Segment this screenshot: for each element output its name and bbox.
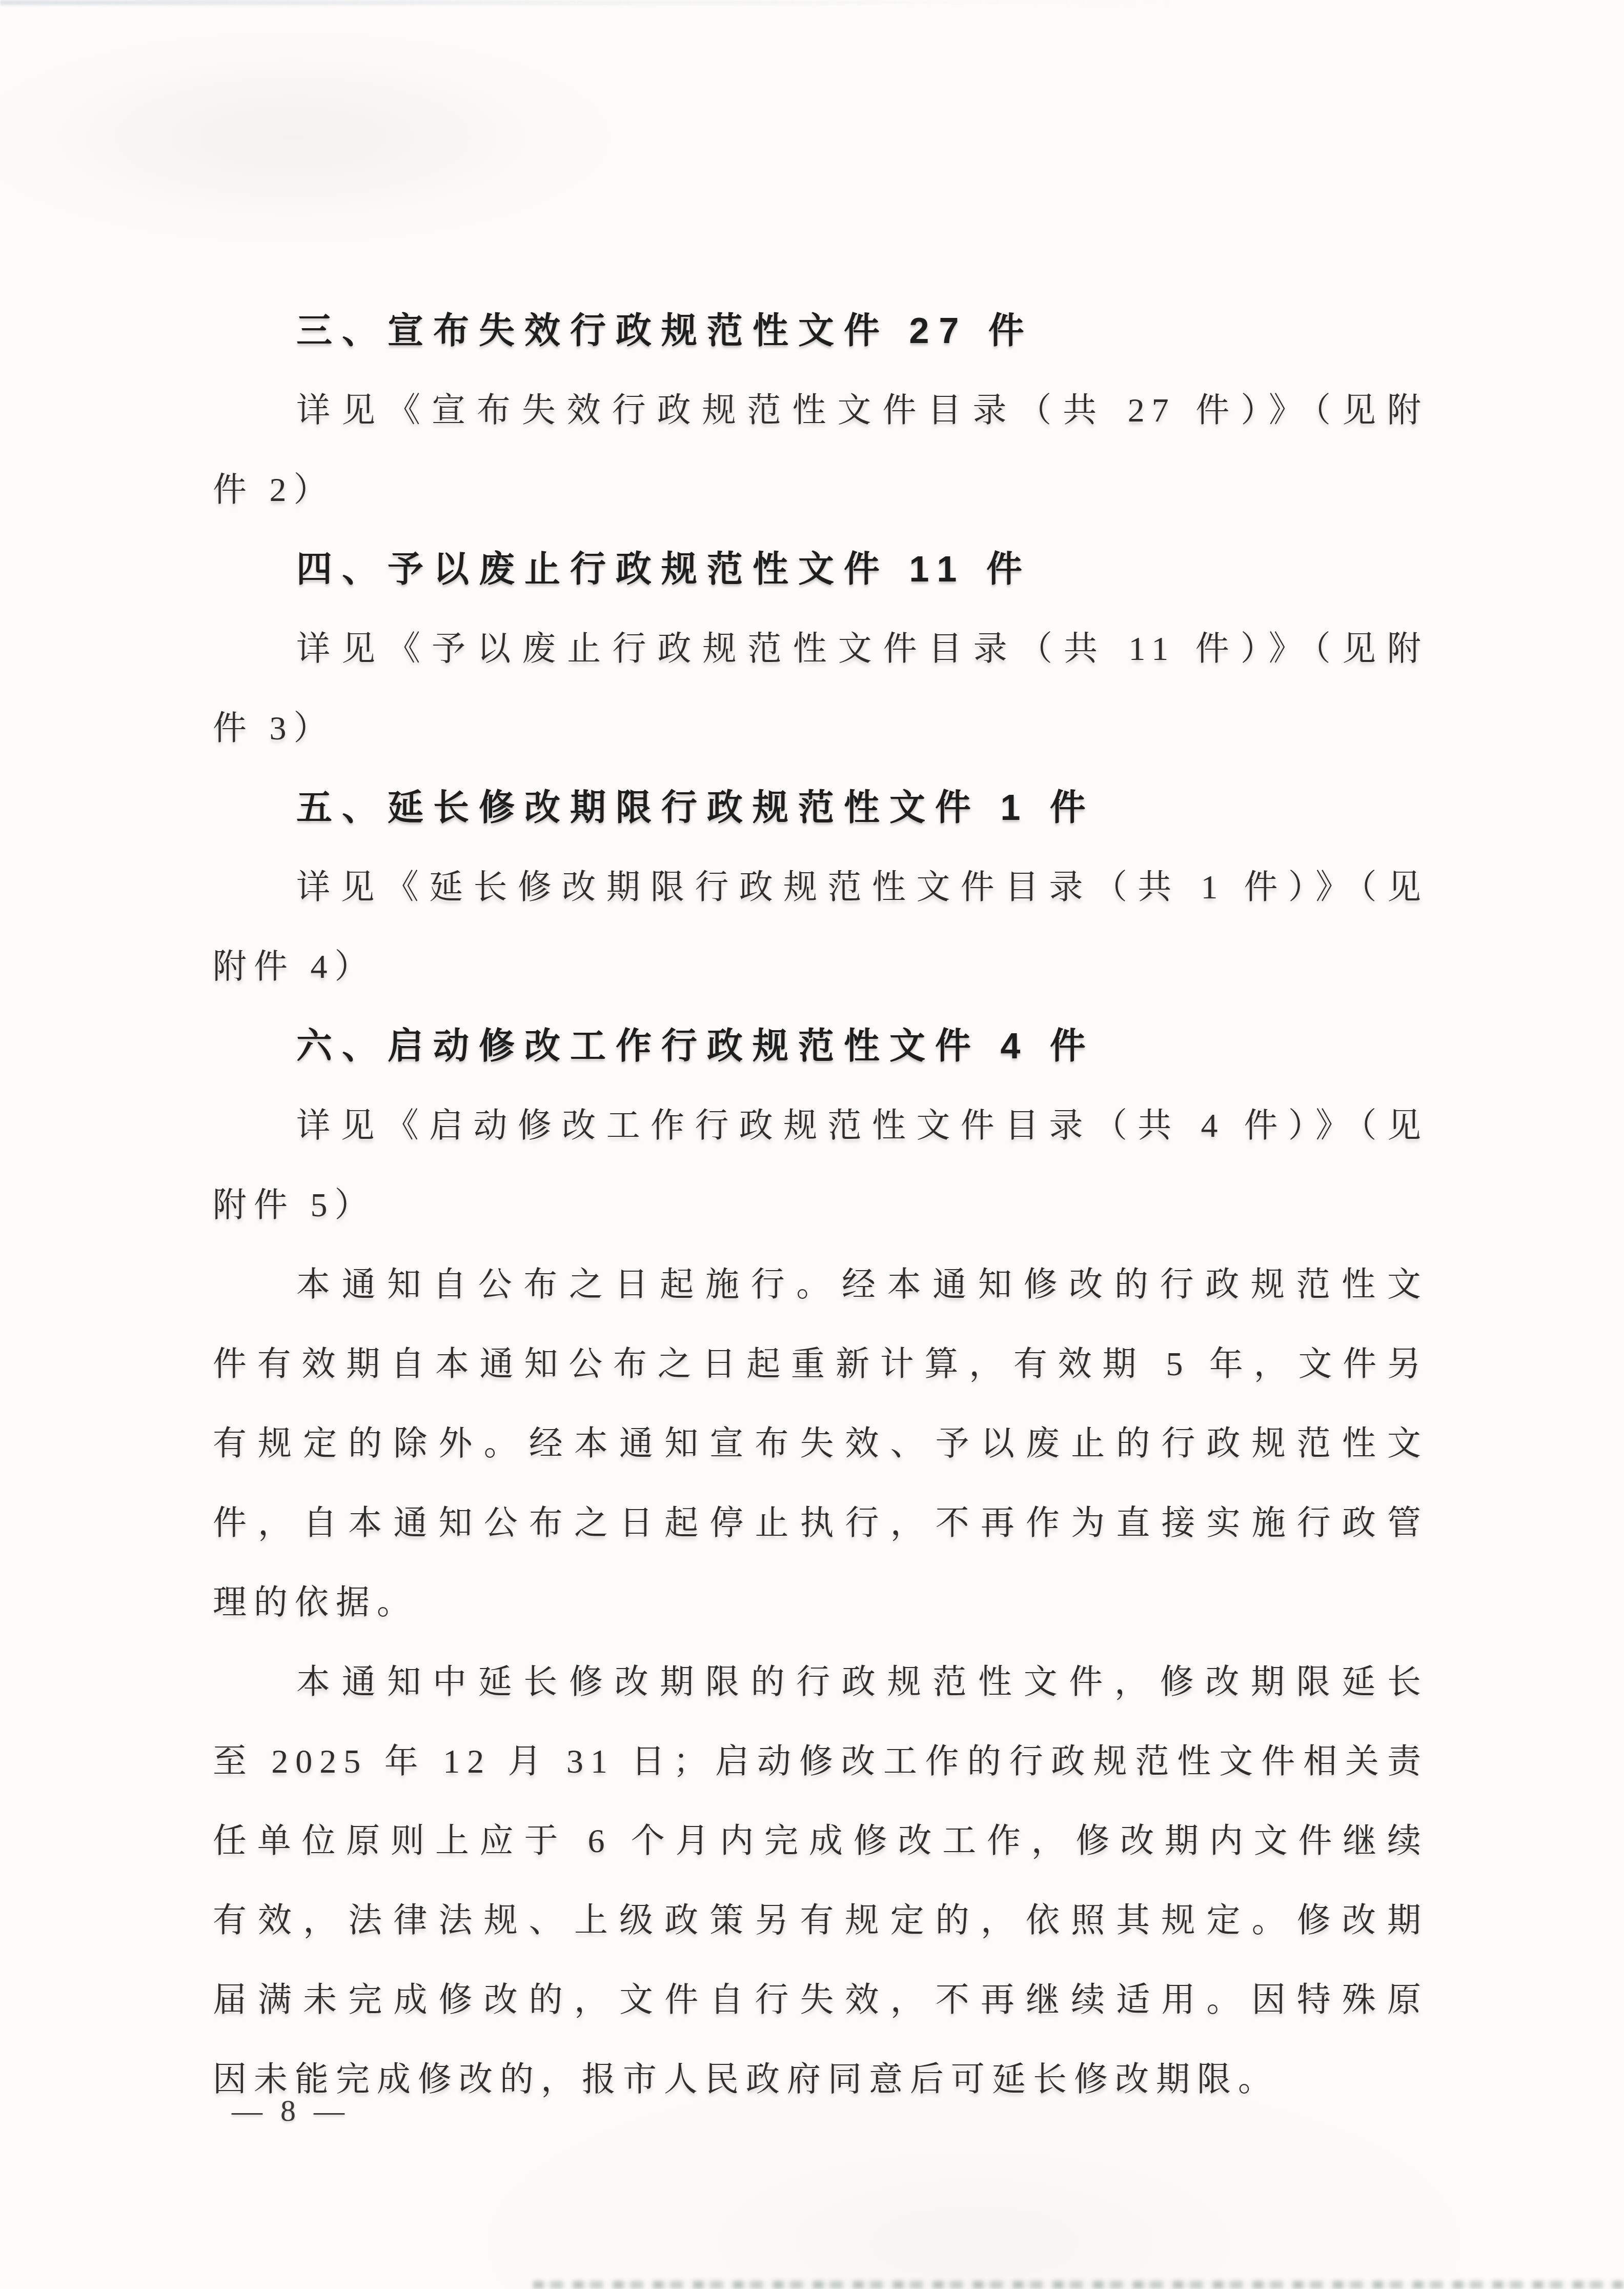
section-5-detail-line-1: 详见《延长修改期限行政规范性文件目录（共 1 件）》（见	[213, 848, 1428, 927]
section-3-detail-line-2: 件 2）	[213, 450, 1428, 530]
paragraph-2-line-4: 有效，法律法规、上级政策另有规定的，依照其规定。修改期	[213, 1881, 1428, 1960]
paragraph-2-line-3: 任单位原则上应于 6 个月内完成修改工作，修改期内文件继续	[213, 1801, 1428, 1881]
paragraph-2-line-2: 至 2025 年 12 月 31 日；启动修改工作的行政规范性文件相关责	[213, 1722, 1428, 1801]
scan-edge-artifact	[0, 0, 1179, 5]
document-body: 三、宣布失效行政规范性文件 27 件 详见《宣布失效行政规范性文件目录（共 27…	[0, 0, 1624, 2119]
page-number: — 8 —	[232, 2093, 350, 2129]
section-4-detail-line-1: 详见《予以废止行政规范性文件目录（共 11 件）》（见附	[213, 609, 1428, 689]
section-4-detail-line-2: 件 3）	[213, 689, 1428, 768]
page-bleed-artifact	[533, 2281, 1624, 2289]
paragraph-1-line-3: 有规定的除外。经本通知宣布失效、予以废止的行政规范性文	[213, 1404, 1428, 1483]
paragraph-2-line-1: 本通知中延长修改期限的行政规范性文件，修改期限延长	[213, 1642, 1428, 1722]
paragraph-1-line-5: 理的依据。	[213, 1563, 1428, 1642]
section-5-detail-line-2: 附件 4）	[213, 927, 1428, 1007]
paragraph-1-line-4: 件，自本通知公布之日起停止执行，不再作为直接实施行政管	[213, 1483, 1428, 1563]
section-5-heading: 五、延长修改期限行政规范性文件 1 件	[213, 768, 1428, 848]
paragraph-1-line-1: 本通知自公布之日起施行。经本通知修改的行政规范性文	[213, 1245, 1428, 1324]
section-3-detail-line-1: 详见《宣布失效行政规范性文件目录（共 27 件）》（见附	[213, 371, 1428, 450]
section-6-detail-line-1: 详见《启动修改工作行政规范性文件目录（共 4 件）》（见	[213, 1086, 1428, 1166]
section-6-heading: 六、启动修改工作行政规范性文件 4 件	[213, 1007, 1428, 1086]
paragraph-2-line-6: 因未能完成修改的，报市人民政府同意后可延长修改期限。	[213, 2040, 1428, 2119]
section-4-heading: 四、予以废止行政规范性文件 11 件	[213, 530, 1428, 609]
paragraph-1-line-2: 件有效期自本通知公布之日起重新计算，有效期 5 年，文件另	[213, 1324, 1428, 1404]
scanned-document-page: 三、宣布失效行政规范性文件 27 件 详见《宣布失效行政规范性文件目录（共 27…	[0, 0, 1624, 2289]
section-3-heading: 三、宣布失效行政规范性文件 27 件	[213, 291, 1428, 371]
section-6-detail-line-2: 附件 5）	[213, 1166, 1428, 1245]
paragraph-2-line-5: 届满未完成修改的，文件自行失效，不再继续适用。因特殊原	[213, 1960, 1428, 2040]
